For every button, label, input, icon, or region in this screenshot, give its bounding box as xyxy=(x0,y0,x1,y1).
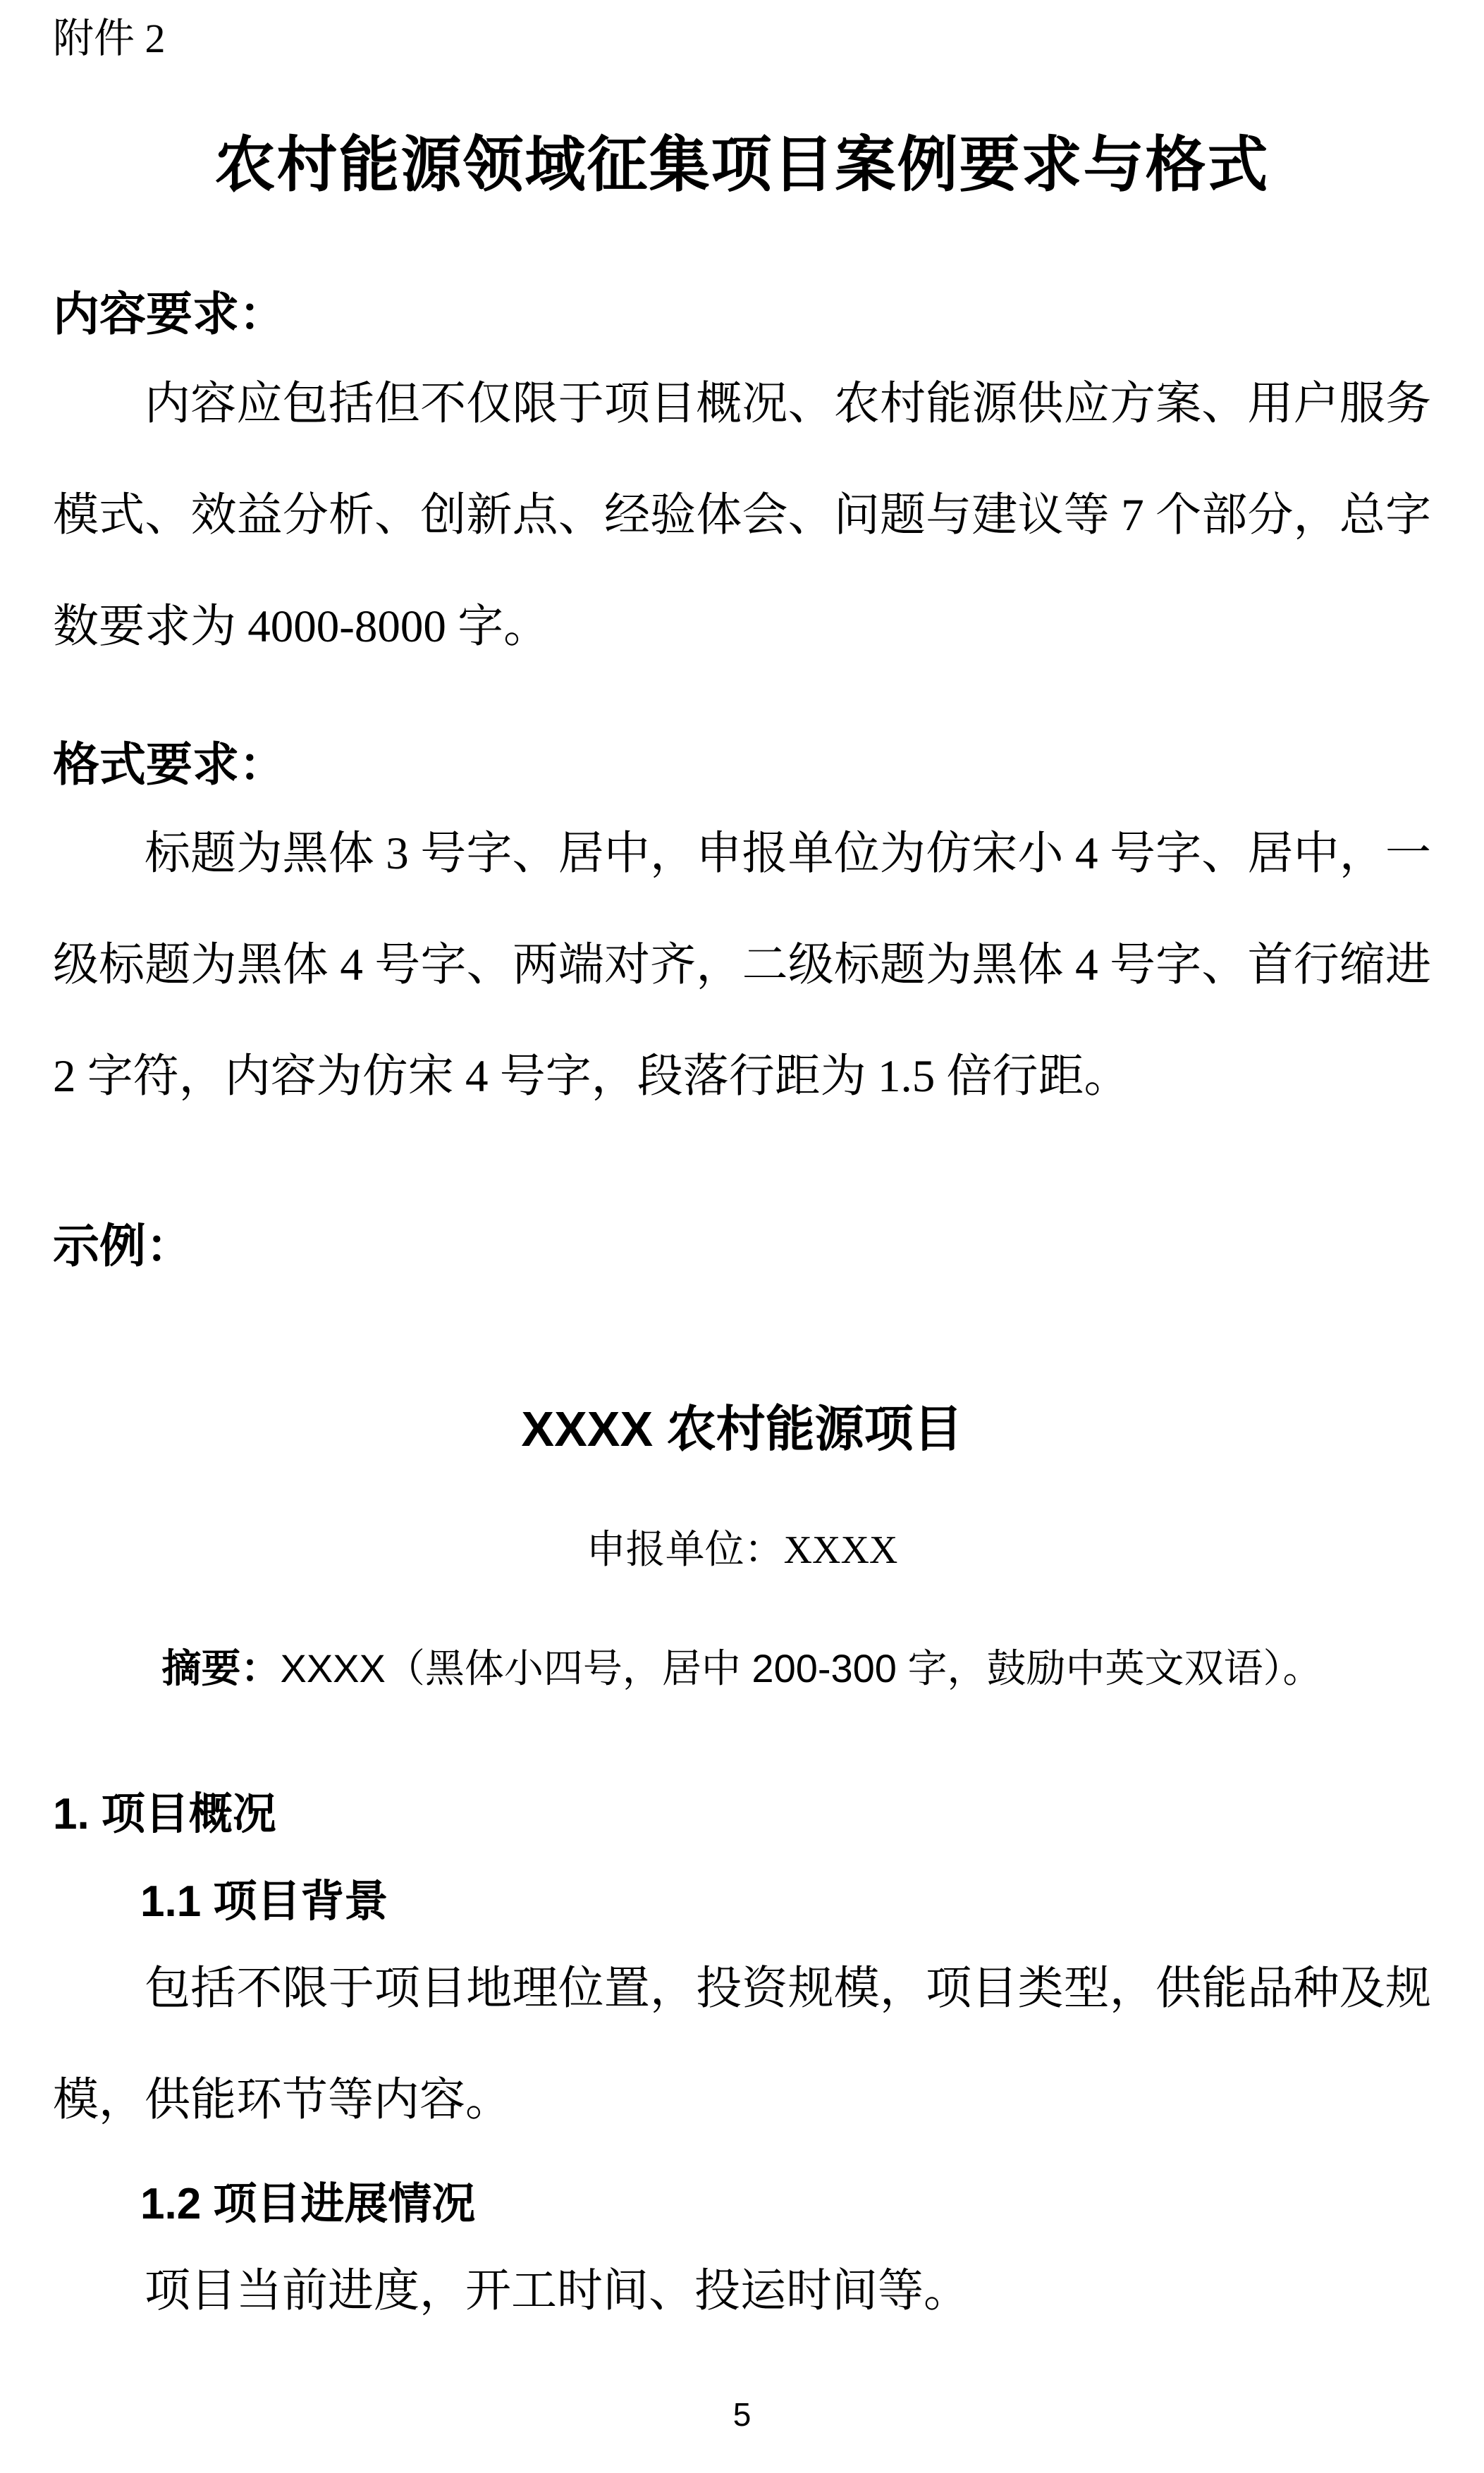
example-heading: 示例： xyxy=(53,1220,1431,1272)
section-1-1-heading: 1.1 项目背景 xyxy=(140,1878,1431,1926)
abstract-label: 摘要： xyxy=(161,1646,280,1690)
section-1-1-paragraph: 包括不限于项目地理位置，投资规模，项目类型，供能品种及规模，供能环节等内容。 xyxy=(53,1933,1431,2156)
example-abstract-line: 摘要：XXXX（黑体小四号，居中 200-300 字，鼓励中英文双语）。 xyxy=(53,1645,1431,1692)
abstract-text: XXXX（黑体小四号，居中 200-300 字，鼓励中英文双语）。 xyxy=(280,1646,1322,1690)
content-requirements-paragraph: 内容应包括但不仅限于项目概况、农村能源供应方案、用户服务模式、效益分析、创新点、… xyxy=(53,348,1431,682)
section-1-heading: 1. 项目概况 xyxy=(53,1791,1431,1839)
document-page: 附件 2 农村能源领域征集项目案例要求与格式 内容要求： 内容应包括但不仅限于项… xyxy=(0,0,1484,2473)
document-title: 农村能源领域征集项目案例要求与格式 xyxy=(53,132,1431,199)
format-requirements-paragraph: 标题为黑体 3 号字、居中，申报单位为仿宋小 4 号字、居中，一级标题为黑体 4… xyxy=(53,798,1431,1132)
page-number: 5 xyxy=(0,2395,1484,2434)
example-applicant-line: 申报单位：XXXX xyxy=(53,1527,1431,1574)
content-requirements-heading: 内容要求： xyxy=(53,288,1431,340)
attachment-label: 附件 2 xyxy=(53,16,1431,63)
example-project-title: XXXX 农村能源项目 xyxy=(53,1402,1431,1456)
format-requirements-heading: 格式要求： xyxy=(53,739,1431,790)
section-1-2-heading: 1.2 项目进展情况 xyxy=(140,2180,1431,2228)
section-1-2-paragraph: 项目当前进度，开工时间、投运时间等。 xyxy=(53,2235,1431,2347)
